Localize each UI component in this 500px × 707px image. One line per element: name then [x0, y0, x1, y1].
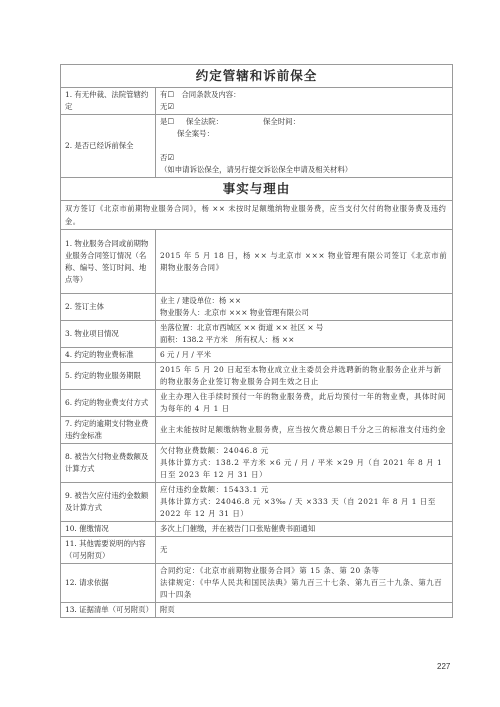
row-label: 5. 约定的物业服务期限 [61, 363, 156, 390]
value-line: 欠付物业费数额：24046.8 元 [160, 445, 448, 457]
document-page: 约定管辖和诉前保全 1. 有无仲裁、法院管辖约定 有☐ 合同条款及内容： 无☑ … [60, 64, 452, 618]
preservation-time-label: 保全时间： [263, 117, 300, 126]
row-label: 8. 被告欠付物业费数额及计算方式 [61, 444, 156, 483]
row-value: 附页 [156, 603, 453, 618]
section-header-facts: 事实与理由 [61, 178, 453, 201]
facts-summary: 双方签订《北京市前期物业服务合同》，杨 ×× 未按时足额缴纳物业服务费，应当支付… [61, 201, 453, 230]
row-value: 6 元 / 月 / 平米 [156, 348, 453, 363]
row-label: 6. 约定的物业费支付方式 [61, 390, 156, 417]
value-line: 应付违约金数额：15433.1 元 [160, 484, 448, 496]
table-row: 9. 被告欠应付违约金数额及计算方式 应付违约金数额：15433.1 元 具体计… [61, 483, 453, 522]
row-value: 2015 年 5 月 18 日，杨 ×× 与北京市 ××× 物业管理有限公司签订… [156, 230, 453, 294]
row-label: 2. 是否已经诉前保全 [61, 115, 156, 178]
row-value: 应付违约金数额：15433.1 元 具体计算方式：24046.8 元 ×3‰ /… [156, 483, 453, 522]
table-row: 10. 催缴情况 多次上门催缴，并在被告门口张贴催费书面通知 [61, 522, 453, 537]
facts-summary-row: 双方签订《北京市前期物业服务合同》，杨 ×× 未按时足额缴纳物业服务费，应当支付… [61, 201, 453, 230]
table-row: 12. 请求依据 合同约定：《北京市前期物业服务合同》第 15 条、第 20 条… [61, 564, 453, 603]
preservation-case-no-label: 保全案号： [160, 128, 448, 140]
checkbox-option-no[interactable]: 否☑ [160, 152, 448, 164]
row-label: 12. 请求依据 [61, 564, 156, 603]
table-row: 8. 被告欠付物业费数额及计算方式 欠付物业费数额：24046.8 元 具体计算… [61, 444, 453, 483]
row-value: 多次上门催缴，并在被告门口张贴催费书面通知 [156, 522, 453, 537]
row-label: 4. 约定的物业费标准 [61, 348, 156, 363]
row-label: 1. 物业服务合同或前期物业服务合同签订情况（名称、编号、签订时间、地点等） [61, 230, 156, 294]
row-value: 无 [156, 537, 453, 564]
table-row: 1. 物业服务合同或前期物业服务合同签订情况（名称、编号、签订时间、地点等） 2… [61, 230, 453, 294]
preservation-court-label: 保全法院： [186, 117, 223, 126]
preservation-note: （如申请诉讼保全，请另行提交诉讼保全申请及相关材料） [160, 164, 448, 176]
row-value: 合同约定：《北京市前期物业服务合同》第 15 条、第 20 条等 法律规定：《中… [156, 564, 453, 603]
value-line: 坐落位置：北京市西城区 ×× 街道 ×× 社区 × 号 [160, 322, 448, 334]
checkbox-option-yes[interactable]: 有☐ 合同条款及内容： [160, 89, 448, 101]
row-value: 业主 / 建设单位：杨 ×× 物业服务人：北京市 ××× 物业管理有限公司 [156, 294, 453, 321]
page-number: 227 [437, 662, 450, 671]
row-value: 是☐保全法院：保全时间： 保全案号： 否☑ （如申请诉讼保全，请另行提交诉讼保全… [156, 115, 453, 178]
checkbox-option-no[interactable]: 无☑ [160, 101, 448, 113]
section-header-jurisdiction: 约定管辖和诉前保全 [61, 65, 453, 88]
table-row: 2. 是否已经诉前保全 是☐保全法院：保全时间： 保全案号： 否☑ （如申请诉讼… [61, 115, 453, 178]
row-label: 11. 其他需要说明的内容（可另附页） [61, 537, 156, 564]
table-row: 5. 约定的物业服务期限 2015 年 5 月 20 日起至本物业成立业主委员会… [61, 363, 453, 390]
value-line: 法律规定：《中华人民共和国民法典》第九百三十七条、第九百三十九条、第九百四十四条 [160, 577, 448, 601]
table-row: 2. 签订主体 业主 / 建设单位：杨 ×× 物业服务人：北京市 ××× 物业管… [61, 294, 453, 321]
value-line: 合同约定：《北京市前期物业服务合同》第 15 条、第 20 条等 [160, 565, 448, 577]
value-line: 具体计算方式：138.2 平方米 ×6 元 / 月 / 平米 ×29 月（自 2… [160, 457, 448, 481]
row-value: 业主办理入住手续时预付一年的物业服务费，此后均预付一年的物业费，具体时间为每年的… [156, 390, 453, 417]
value-line: 物业服务人：北京市 ××× 物业管理有限公司 [160, 307, 448, 319]
table-row: 11. 其他需要说明的内容（可另附页） 无 [61, 537, 453, 564]
table-row: 13. 证据清单（可另附页） 附页 [61, 603, 453, 618]
table-row: 3. 物业项目情况 坐落位置：北京市西城区 ×× 街道 ×× 社区 × 号 面积… [61, 321, 453, 348]
complaint-form-table: 约定管辖和诉前保全 1. 有无仲裁、法院管辖约定 有☐ 合同条款及内容： 无☑ … [60, 64, 453, 618]
row-label: 2. 签订主体 [61, 294, 156, 321]
row-label: 9. 被告欠应付违约金数额及计算方式 [61, 483, 156, 522]
row-value: 坐落位置：北京市西城区 ×× 街道 ×× 社区 × 号 面积：138.2 平方米… [156, 321, 453, 348]
row-value: 欠付物业费数额：24046.8 元 具体计算方式：138.2 平方米 ×6 元 … [156, 444, 453, 483]
row-label: 13. 证据清单（可另附页） [61, 603, 156, 618]
row-label: 10. 催缴情况 [61, 522, 156, 537]
row-value: 有☐ 合同条款及内容： 无☑ [156, 88, 453, 115]
table-row: 1. 有无仲裁、法院管辖约定 有☐ 合同条款及内容： 无☑ [61, 88, 453, 115]
section-title: 事实与理由 [61, 178, 453, 201]
section-title: 约定管辖和诉前保全 [61, 65, 453, 88]
row-label: 3. 物业项目情况 [61, 321, 156, 348]
table-row: 6. 约定的物业费支付方式 业主办理入住手续时预付一年的物业服务费，此后均预付一… [61, 390, 453, 417]
row-value: 业主未能按时足额缴纳物业服务费，应当按欠费总额日千分之三的标准支付违约金 [156, 417, 453, 444]
table-row: 7. 约定的逾期支付物业费违约金标准 业主未能按时足额缴纳物业服务费，应当按欠费… [61, 417, 453, 444]
checkbox-option-yes[interactable]: 是☐ [160, 117, 174, 126]
row-value: 2015 年 5 月 20 日起至本物业成立业主委员会并选聘新的物业服务企业并与… [156, 363, 453, 390]
value-line: 具体计算方式：24046.8 元 ×3‰ / 天 ×333 天（自 2021 年… [160, 496, 448, 520]
row-label: 7. 约定的逾期支付物业费违约金标准 [61, 417, 156, 444]
table-row: 4. 约定的物业费标准 6 元 / 月 / 平米 [61, 348, 453, 363]
value-line: 业主 / 建设单位：杨 ×× [160, 295, 448, 307]
row-label: 1. 有无仲裁、法院管辖约定 [61, 88, 156, 115]
value-line: 面积：138.2 平方米 所有权人：杨 ×× [160, 334, 448, 346]
